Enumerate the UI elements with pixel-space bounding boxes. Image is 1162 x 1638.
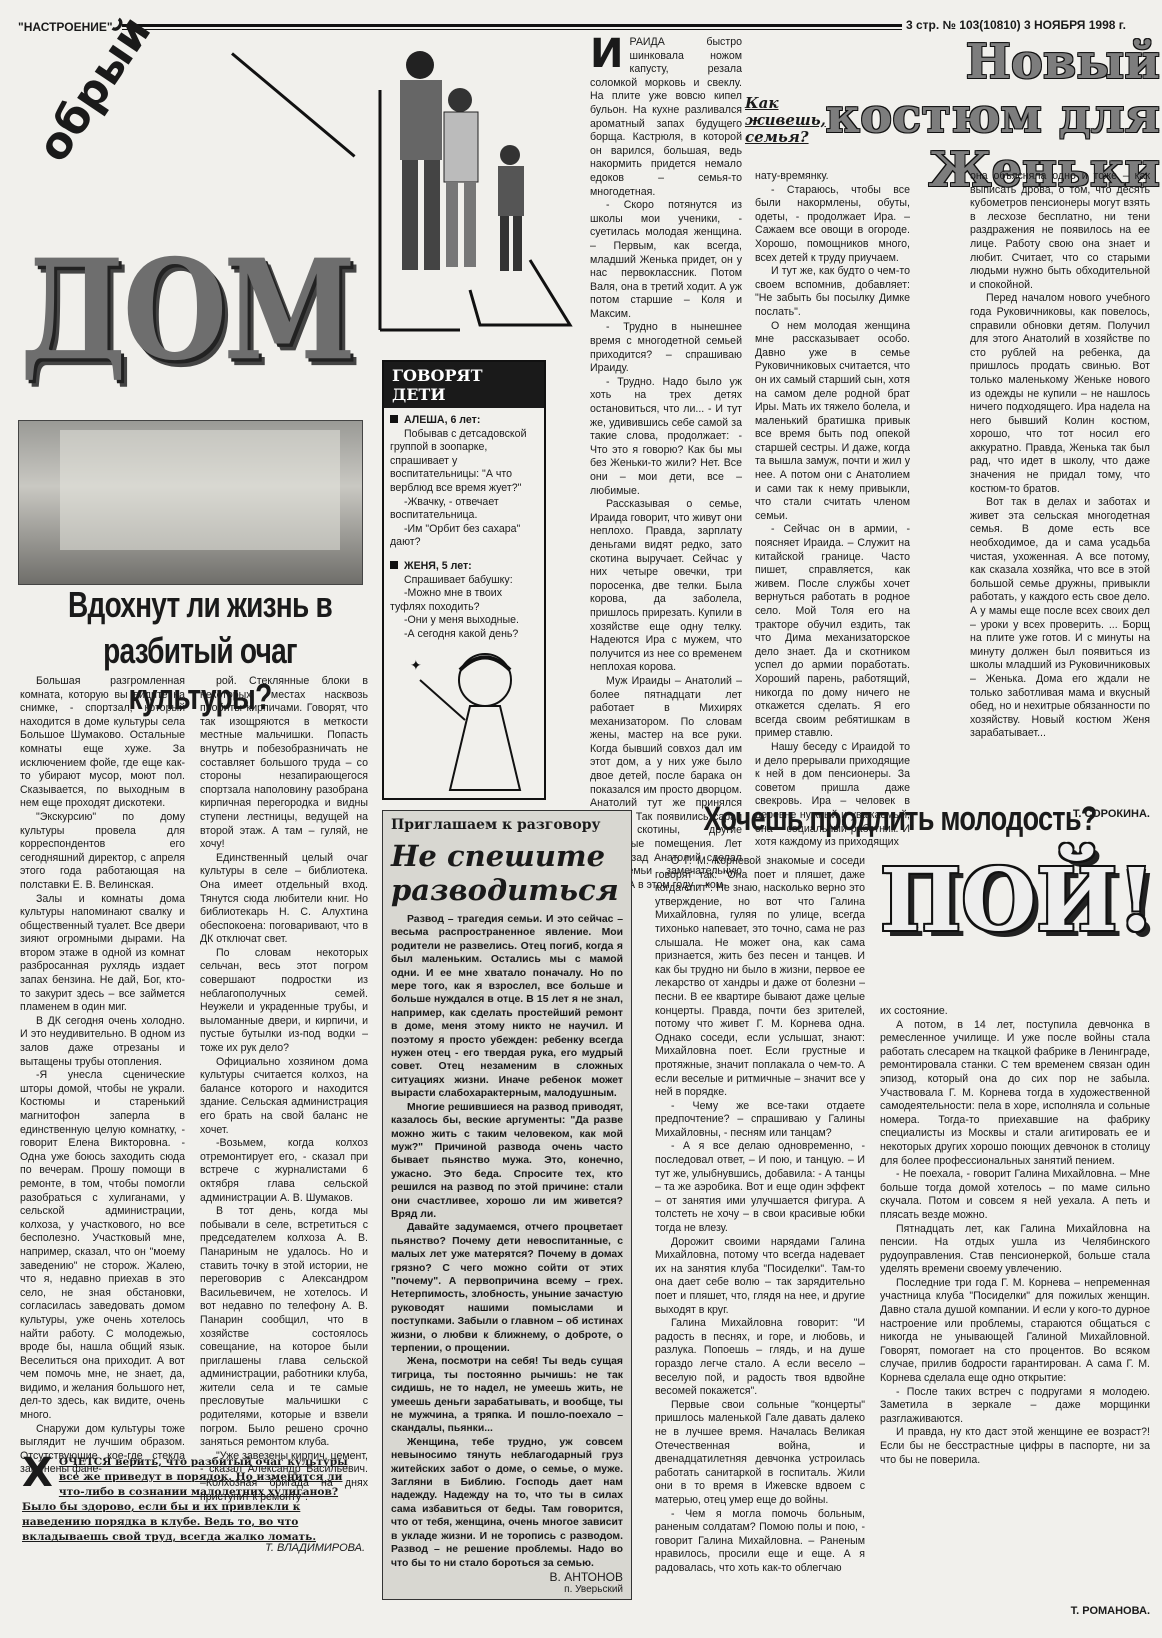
paragraph: "Экскурсию" по дому культуры провела для… bbox=[20, 811, 185, 893]
kid-line: Побывав с детсадовской группой в зоопарк… bbox=[390, 428, 538, 496]
dropcap: И bbox=[590, 36, 623, 72]
paragraph: О Г. М. Корневой знакомые и соседи говор… bbox=[655, 855, 865, 1100]
paragraph: Единственный целый очаг культуры в селе … bbox=[200, 852, 368, 947]
paragraph: И правда, ну кто даст этой женщине ее во… bbox=[880, 1426, 1150, 1467]
kid-line: -Им "Орбит без сахара" дают? bbox=[390, 523, 538, 550]
costume-col2: нату-времянку. - Стараюсь, чтобы все был… bbox=[755, 170, 910, 850]
bullet-icon bbox=[390, 561, 398, 569]
decorative-line bbox=[231, 52, 355, 157]
svg-text:✦: ✦ bbox=[410, 657, 422, 673]
paragraph: Пятнадцать лет, как Галина Михайловна на… bbox=[880, 1223, 1150, 1277]
paragraph: О нем молодая женщина мне рассказывает о… bbox=[755, 320, 910, 524]
paragraph: Многие решившиеся на развод приводят, ка… bbox=[391, 1101, 623, 1222]
paragraph: Перед началом нового учебного года Руков… bbox=[970, 292, 1150, 496]
paragraph: В ДК сегодня очень холодно. И это неудив… bbox=[20, 1015, 185, 1069]
kid-line: -Жвачку, - отвечает воспитательница. bbox=[390, 496, 538, 523]
frame-line bbox=[370, 40, 585, 340]
paragraph: Большая разгромленная комната, которую в… bbox=[20, 675, 185, 811]
kid-name: АЛЕША, 6 лет: bbox=[404, 414, 480, 426]
paragraph: - Не поехала, - говорит Галина Михайловн… bbox=[880, 1168, 1150, 1222]
dropcap: Х bbox=[22, 1455, 53, 1491]
paragraph: - Чему же все-таки отдаете предпочтение?… bbox=[655, 1100, 865, 1141]
culture-author: Т. ВЛАДИМИРОВА. bbox=[200, 1542, 365, 1554]
paragraph: Галина Михайловна говорит: "И радость в … bbox=[655, 1317, 865, 1399]
paragraph: -Возьмем, когда колхоз отремонтирует его… bbox=[200, 1137, 368, 1205]
costume-rubric: Как живешь, семья? bbox=[745, 95, 815, 146]
paragraph: - Скоро потянутся из школы мои ученики, … bbox=[590, 199, 742, 321]
kids-say-title: ГОВОРЯТ ДЕТИ bbox=[384, 362, 544, 408]
sing-word: ПОЙ! bbox=[880, 850, 1155, 951]
divorce-headline: Не спешите разводиться bbox=[391, 839, 623, 907]
costume-col1: И РАИДА быстро шинковала ножом капусту, … bbox=[590, 36, 742, 892]
culture-col1: Большая разгромленная комната, которую в… bbox=[20, 675, 185, 1477]
issue-info: 3 стр. № 103(10810) 3 НОЯБРЯ 1998 г. bbox=[906, 18, 1126, 32]
section-name: "НАСТРОЕНИЕ" bbox=[18, 20, 113, 34]
youth-author: Т. РОМАНОВА. bbox=[880, 1605, 1150, 1617]
paragraph: - А я все делаю одновременно, - последов… bbox=[655, 1140, 865, 1235]
paragraph: рой. Стеклянные блоки в некоторых местах… bbox=[200, 675, 368, 852]
kid-name: ЖЕНЯ, 5 лет: bbox=[404, 560, 472, 572]
divorce-rubric: Приглашаем к разговору bbox=[391, 817, 623, 833]
conclusion-text: ОЧЕТСЯ верить, что разбитый очаг культур… bbox=[22, 1456, 348, 1543]
costume-col3: она объясняла одно и тоже – как выписать… bbox=[970, 170, 1150, 741]
paragraph: Жена, посмотри на себя! Ты ведь сущая ти… bbox=[391, 1355, 623, 1435]
kid-line: Спрашивает бабушку: bbox=[390, 574, 538, 588]
paragraph: Залы и комнаты дома культуры напоминают … bbox=[20, 893, 185, 1015]
paragraph: -Я унесла сценические шторы домой, чтобы… bbox=[20, 1069, 185, 1422]
paragraph: Давайте задумаемся, отчего процветает пь… bbox=[391, 1221, 623, 1355]
youth-col1: О Г. М. Корневой знакомые и соседи говор… bbox=[655, 855, 865, 1575]
paragraph: Последние три года Г. М. Корнева – непре… bbox=[880, 1277, 1150, 1386]
paragraph: Вот так в делах и заботах и живет эта се… bbox=[970, 496, 1150, 741]
photo-wall bbox=[60, 430, 340, 550]
divorce-place: п. Уверьский bbox=[391, 1584, 623, 1595]
divorce-box: Приглашаем к разговору Не спешите развод… bbox=[382, 810, 632, 1600]
paragraph: Официально хозяином дома культуры считае… bbox=[200, 1056, 368, 1138]
kid-line: -Они у меня выходные. bbox=[390, 614, 538, 628]
culture-col2: рой. Стеклянные блоки в некоторых местах… bbox=[200, 675, 368, 1504]
paragraph: Рассказывая о семье, Ираида говорит, что… bbox=[590, 498, 742, 675]
paragraph: - Стараюсь, чтобы все были накормлены, о… bbox=[755, 184, 910, 266]
paragraph: А потом, в 14 лет, поступила девчонка в … bbox=[880, 1019, 1150, 1169]
paragraph: - Трудно. Надо было уж хоть на трех детя… bbox=[590, 376, 742, 498]
paragraph: нату-времянку. bbox=[755, 170, 910, 184]
child-illustration: ✦ bbox=[390, 640, 540, 795]
paragraph: - После таких встреч с подругами я молод… bbox=[880, 1386, 1150, 1427]
title-dom: ДОМ bbox=[20, 229, 352, 391]
paragraph: - Сейчас он в армии, - поясняет Ираида. … bbox=[755, 523, 910, 741]
youth-headline: Хочешь продлить молодость? bbox=[700, 800, 1100, 839]
divorce-author: В. АНТОНОВ bbox=[391, 1570, 623, 1584]
paragraph: их состояние. bbox=[880, 1005, 1150, 1019]
paragraph: В тот день, когда мы побывали в селе, вс… bbox=[200, 1205, 368, 1450]
youth-col2: их состояние. А потом, в 14 лет, поступи… bbox=[880, 1005, 1150, 1467]
paragraph: По словам некоторых сельчан, весь этот п… bbox=[200, 947, 368, 1056]
paragraph: Женщина, тебе трудно, уж совсем невыноси… bbox=[391, 1436, 623, 1570]
header-rule bbox=[122, 24, 902, 30]
paragraph: она объясняла одно и тоже – как выписать… bbox=[970, 170, 1150, 292]
paragraph: - Трудно в нынешнее время с многодетной … bbox=[590, 321, 742, 375]
bullet-icon bbox=[390, 415, 398, 423]
paragraph: Первые свои сольные "концерты" пришлось … bbox=[655, 1399, 865, 1508]
paragraph: Развод – трагедия семьи. И это сейчас – … bbox=[391, 913, 623, 1101]
paragraph: Дорожит своими нарядами Галина Михайловн… bbox=[655, 1236, 865, 1318]
culture-conclusion: ХОЧЕТСЯ верить, что разбитый очаг культу… bbox=[22, 1455, 367, 1545]
paragraph: - Чем я могла помочь больным, раненым со… bbox=[655, 1508, 865, 1576]
paragraph: И тут же, как будто о чем-то своем вспом… bbox=[755, 265, 910, 319]
kid-line: -Можно мне в твоих туфлях походить? bbox=[390, 587, 538, 614]
